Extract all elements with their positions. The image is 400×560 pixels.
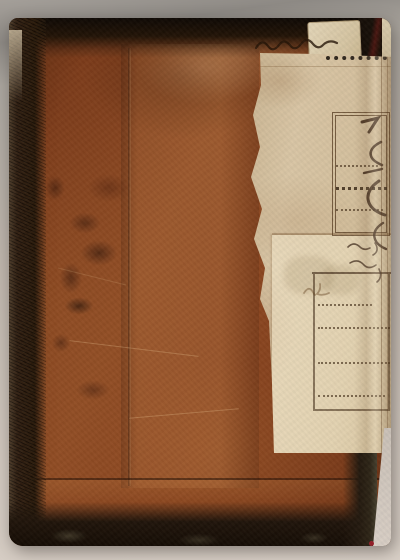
book-bottom-edge [9, 502, 391, 546]
corner-wear-patch [9, 30, 22, 102]
fore-edge-crease [387, 53, 388, 453]
ink-scribble [254, 34, 339, 56]
paper-label [248, 53, 391, 453]
photo-backdrop [0, 0, 400, 560]
leather-center-panel [121, 44, 259, 488]
red-fleck [369, 541, 374, 546]
faded-print-characters [300, 281, 334, 299]
fore-edge-crease [381, 53, 382, 453]
fore-edge-curve-shading [354, 53, 391, 453]
book-cover [9, 18, 391, 546]
